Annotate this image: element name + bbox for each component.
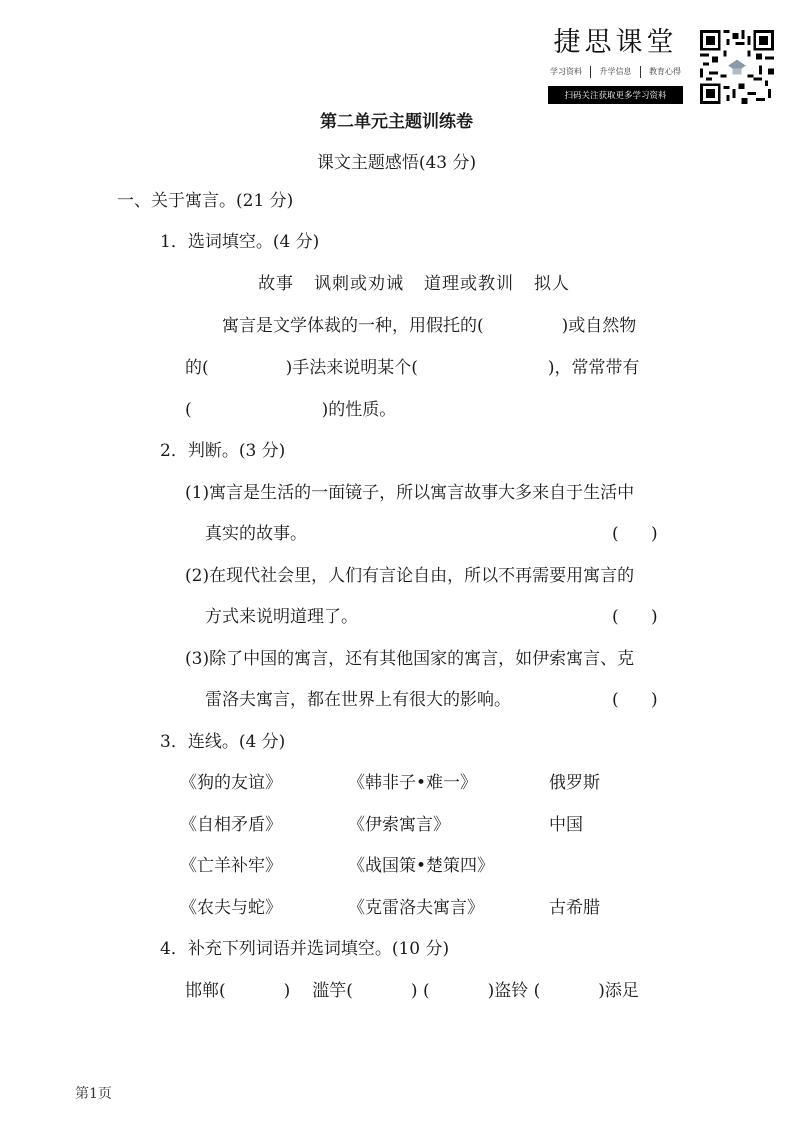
match-item-right[interactable]: 古希腊 xyxy=(549,897,600,919)
brand-block: 捷思课堂 学习资料 升学信息 教育心得 扫码关注获取更多学习资料 xyxy=(548,26,683,104)
text: ( xyxy=(185,400,192,420)
match-item-left[interactable]: 《农夫与蛇》 xyxy=(180,897,282,919)
question-heading: 4．补充下列词语并选词填空。(10 分) xyxy=(160,938,449,960)
word-bank-item: 讽刺或劝诫 xyxy=(314,274,404,294)
match-item-middle[interactable]: 《伊索寓言》 xyxy=(348,814,450,836)
judge-item-line2: 方式来说明道理了。 xyxy=(205,606,358,628)
judge-item-line1: (3)除了中国的寓言，还有其他国家的寓言，如伊索寓言、克 xyxy=(185,648,634,670)
fill-line: 的()手法来说明某个()，常常带有 xyxy=(185,357,640,379)
text: 滥竽( xyxy=(312,981,353,1001)
divider xyxy=(590,66,591,78)
answer-box[interactable]: ( ) xyxy=(612,606,658,628)
match-item-middle[interactable]: 《克雷洛夫寓言》 xyxy=(348,897,484,919)
match-item-left[interactable]: 《自相矛盾》 xyxy=(180,814,282,836)
text: )盗铃 ( xyxy=(488,981,541,1001)
judge-item-line1: (2)在现代社会里，人们有言论自由，所以不再需要用寓言的 xyxy=(185,565,634,587)
brand-tag: 教育心得 xyxy=(647,66,683,78)
divider xyxy=(640,66,641,78)
question-heading: 1．选词填空。(4 分) xyxy=(160,231,319,253)
word-bank: 故事讽刺或劝诫道理或教训拟人 xyxy=(258,273,570,295)
section-heading: 一、关于寓言。(21 分) xyxy=(117,190,293,212)
idiom-line: 邯郸()滥竽() ()盗铃 ()添足 xyxy=(185,980,639,1002)
text: )或自然物 xyxy=(562,316,637,336)
match-item-middle[interactable]: 《韩非子•难一》 xyxy=(348,772,477,794)
fill-line: 寓言是文学体裁的一种，用假托的()或自然物 xyxy=(222,315,636,337)
fill-line: ()的性质。 xyxy=(185,399,396,421)
brand-tag: 学习资料 xyxy=(548,66,584,78)
page-title: 第二单元主题训练卷 xyxy=(0,107,793,132)
judge-item-line2: 雷洛夫寓言，都在世界上有很大的影响。 xyxy=(205,689,511,711)
word-bank-item: 故事 xyxy=(258,274,294,294)
word-bank-item: 拟人 xyxy=(534,274,570,294)
question-heading: 2．判断。(3 分) xyxy=(160,440,285,462)
text: )的性质。 xyxy=(322,400,397,420)
text: ) xyxy=(284,981,291,1001)
brand-tag: 升学信息 xyxy=(598,66,634,78)
text: 的( xyxy=(185,358,209,378)
text: )手法来说明某个( xyxy=(286,358,418,378)
question-heading: 3．连线。(4 分) xyxy=(160,731,285,753)
page-subtitle: 课文主题感悟(43 分) xyxy=(0,148,793,173)
match-item-left[interactable]: 《亡羊补牢》 xyxy=(180,855,282,877)
text: ) ( xyxy=(411,981,430,1001)
text: 寓言是文学体裁的一种，用假托的( xyxy=(222,316,484,336)
judge-item-line2: 真实的故事。 xyxy=(205,523,307,545)
match-item-right[interactable]: 中国 xyxy=(549,814,583,836)
qr-code-icon xyxy=(700,30,774,104)
match-item-middle[interactable]: 《战国策•楚策四》 xyxy=(348,855,494,877)
text: )添足 xyxy=(598,981,639,1001)
match-item-left[interactable]: 《狗的友谊》 xyxy=(180,772,282,794)
text: )，常常带有 xyxy=(548,358,640,378)
page-number: 第1页 xyxy=(75,1083,112,1103)
word-bank-item: 道理或教训 xyxy=(424,274,514,294)
text: 邯郸( xyxy=(185,981,226,1001)
answer-box[interactable]: ( ) xyxy=(612,689,658,711)
brand-banner: 扫码关注获取更多学习资料 xyxy=(548,86,683,104)
answer-box[interactable]: ( ) xyxy=(612,523,658,545)
brand-name: 捷思课堂 xyxy=(548,26,683,60)
match-item-right[interactable]: 俄罗斯 xyxy=(549,772,600,794)
judge-item-line1: (1)寓言是生活的一面镜子，所以寓言故事大多来自于生活中 xyxy=(185,482,634,504)
brand-tags: 学习资料 升学信息 教育心得 xyxy=(548,66,683,78)
